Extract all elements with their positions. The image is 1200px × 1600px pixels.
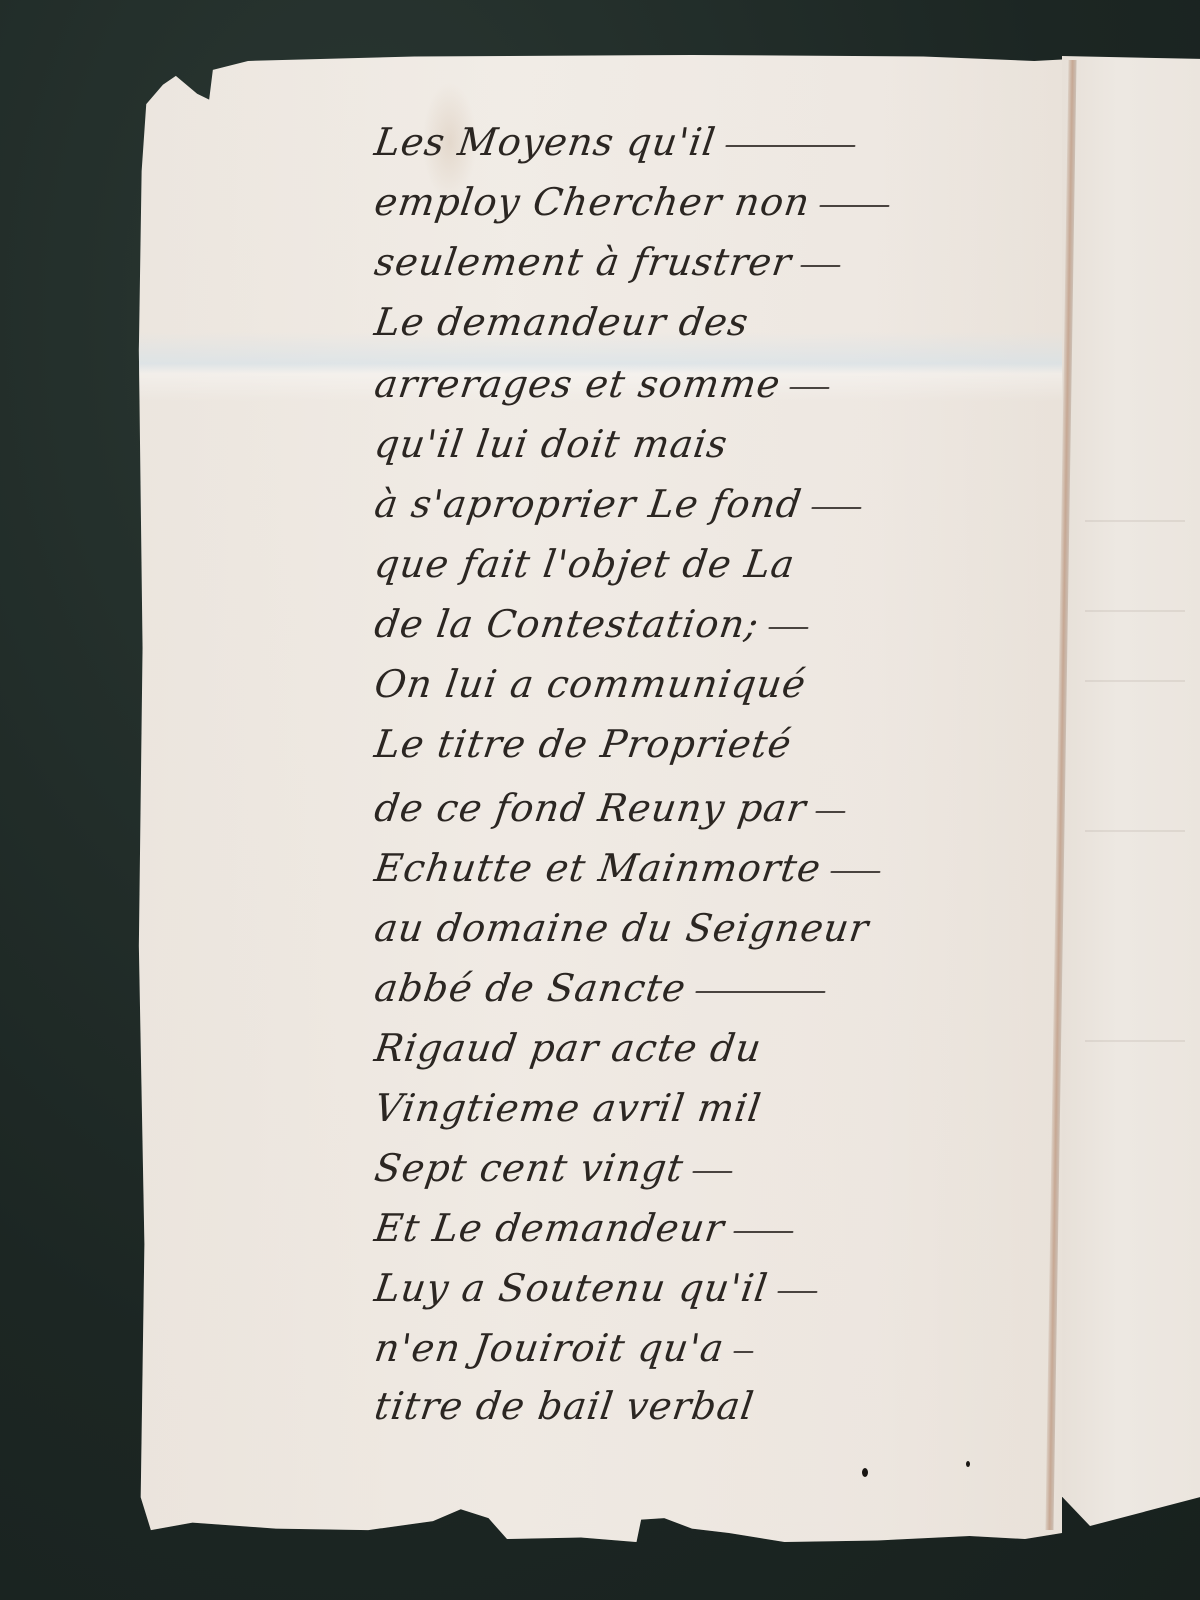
manuscript-line: Vingtieme avril mil — [372, 1086, 764, 1130]
manuscript-line: Rigaud par acte du — [372, 1026, 765, 1070]
manuscript-line: arrerages et somme — [372, 362, 834, 406]
ink-blot — [966, 1461, 970, 1467]
line-flourish — [790, 387, 830, 389]
manuscript-line: Les Moyens qu'il — [372, 120, 859, 164]
manuscript-line: Le titre de Proprieté — [372, 722, 795, 766]
manuscript-line: au domaine du Seigneur — [372, 906, 872, 950]
line-flourish — [777, 1291, 817, 1293]
show-through-mark — [1085, 1040, 1185, 1042]
manuscript-line: On lui a communiqué — [372, 662, 809, 706]
line-flourish — [768, 627, 808, 629]
line-flourish — [811, 507, 861, 509]
manuscript-line: Sept cent vingt — [372, 1146, 737, 1190]
manuscript-line: titre de bail verbal — [372, 1384, 757, 1428]
manuscript-line: qu'il lui doit mais — [372, 422, 731, 466]
line-flourish — [734, 1231, 794, 1233]
manuscript-line: de la Contestation; — [372, 602, 812, 646]
adjacent-page — [1062, 56, 1200, 1526]
manuscript-line: n'en Jouiroit qu'a — [372, 1326, 757, 1370]
manuscript-line: Et Le demandeur — [372, 1206, 798, 1250]
line-flourish — [725, 145, 855, 147]
line-flourish — [801, 265, 841, 267]
manuscript-line: abbé de Sancte — [372, 966, 829, 1010]
manuscript-line: à s'aproprier Le fond — [372, 482, 865, 526]
manuscript-line: de ce fond Reuny par — [372, 786, 849, 830]
manuscript-line: seulement à frustrer — [372, 240, 845, 284]
line-flourish — [816, 811, 846, 813]
manuscript-line: Luy a Soutenu qu'il — [372, 1266, 821, 1310]
manuscript-line: Echutte et Mainmorte — [372, 846, 884, 890]
show-through-mark — [1085, 610, 1185, 612]
line-flourish — [819, 205, 889, 207]
manuscript-line: que fait l'objet de La — [372, 542, 798, 586]
show-through-mark — [1085, 830, 1185, 832]
manuscript-line: employ Chercher non — [372, 180, 893, 224]
show-through-mark — [1085, 680, 1185, 682]
show-through-mark — [1085, 520, 1185, 522]
line-flourish — [695, 991, 825, 993]
manuscript-line: Le demandeur des — [372, 300, 752, 344]
line-flourish — [693, 1171, 733, 1173]
ink-blot — [862, 1468, 868, 1477]
line-flourish — [734, 1351, 754, 1353]
line-flourish — [830, 871, 880, 873]
